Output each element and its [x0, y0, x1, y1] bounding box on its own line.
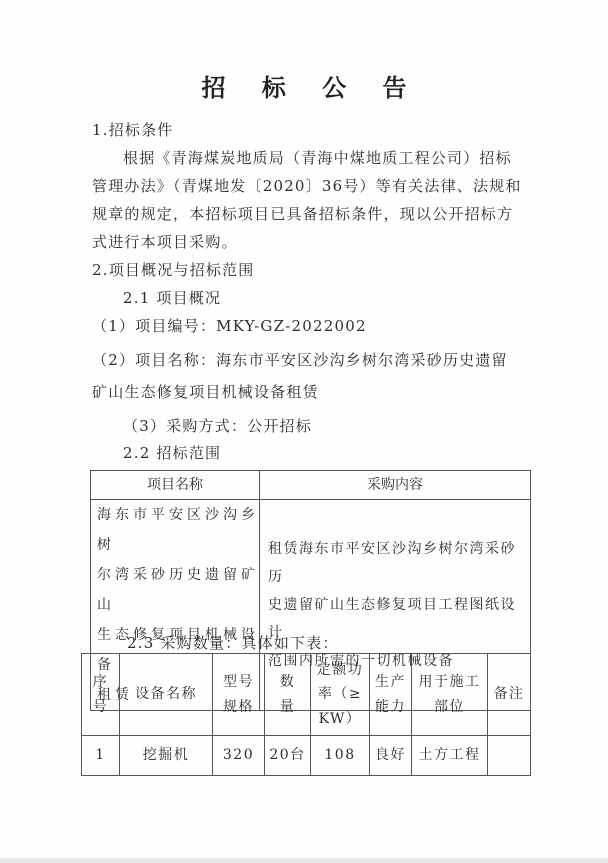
cell-quantity: 20台 [265, 736, 311, 776]
header-equipment-name: 设备名称 [120, 654, 213, 736]
table-header-row: 项目名称 采购内容 [91, 471, 531, 500]
header-line: 规格 [213, 695, 264, 720]
cell-rated-power: 108 [311, 736, 370, 776]
table-header-row: 序 号 设备名称 型号 规格 数 量 定额功 率（≥ KW） 生产 能力 [82, 654, 531, 736]
header-capacity: 生产 能力 [370, 654, 412, 736]
section-1-heading: 1.招标条件 [92, 119, 174, 140]
header-line: 能力 [370, 695, 411, 720]
procurement-method: （3）采购方式：公开招标 [123, 415, 312, 436]
paragraph-line: 根据《青海煤炭地质局（青海中煤地质工程公司）招标 [123, 147, 512, 168]
paragraph-line: 管理办法》（青煤地发〔2020〕36号）等有关法律、法规和 [92, 175, 522, 196]
table-header-cell: 采购内容 [260, 471, 531, 500]
header-line: 设备名称 [120, 682, 212, 707]
header-remarks: 备注 [488, 654, 531, 736]
header-line: 号 [82, 695, 119, 720]
header-line: 型号 [213, 670, 264, 695]
section-2-1-heading: 2.1 项目概况 [123, 287, 221, 308]
section-2-heading: 2.项目概况与招标范围 [92, 259, 255, 280]
cell-remarks [488, 736, 531, 776]
header-line: KW） [311, 707, 369, 732]
header-line: 率（≥ [311, 682, 369, 707]
cell-capacity: 良好 [370, 736, 412, 776]
cell-serial: 1 [82, 736, 120, 776]
quantity-table: 序 号 设备名称 型号 规格 数 量 定额功 率（≥ KW） 生产 能力 [81, 653, 531, 776]
page-bottom-edge [0, 858, 608, 863]
header-serial: 序 号 [82, 654, 120, 736]
section-2-2-heading: 2.2 招标范围 [123, 442, 221, 463]
header-line: 定额功 [311, 658, 369, 683]
cell-line: 尔湾采砂历史遗留矿山 [97, 560, 259, 620]
project-name-line1: （2）项目名称：海东市平安区沙沟乡树尔湾采砂历史遗留 [92, 349, 508, 370]
project-name-line2: 矿山生态修复项目机械设备租赁 [92, 381, 319, 402]
document-title: 招 标 公 告 [0, 68, 608, 103]
cell-model: 320 [213, 736, 265, 776]
header-line: 用于施工 [412, 670, 487, 695]
cell-usage-location: 土方工程 [412, 736, 488, 776]
header-line: 序 [82, 670, 119, 695]
header-quantity: 数 量 [265, 654, 311, 736]
project-number: （1）项目编号：MKY-GZ-2022002 [92, 315, 367, 336]
document-page: 招 标 公 告 1.招标条件 根据《青海煤炭地质局（青海中煤地质工程公司）招标 … [0, 0, 608, 863]
cell-line: 租赁海东市平安区沙沟乡树尔湾采砂历 [268, 535, 530, 591]
paragraph-line: 规章的规定，本招标项目已具备招标条件，现以公开招标方 [92, 203, 513, 224]
header-line: 数 [265, 670, 310, 695]
header-model: 型号 规格 [213, 654, 265, 736]
table-row: 1 挖掘机 320 20台 108 良好 土方工程 [82, 736, 531, 776]
header-rated-power: 定额功 率（≥ KW） [311, 654, 370, 736]
cell-line: 海东市平安区沙沟乡树 [97, 500, 259, 560]
cell-equipment-name: 挖掘机 [120, 736, 213, 776]
header-line: 量 [265, 695, 310, 720]
section-2-3-heading: 2.3 采购数量：具体如下表： [127, 632, 339, 653]
header-line: 备注 [488, 682, 530, 707]
header-line: 部位 [412, 695, 487, 720]
header-line: 生产 [370, 670, 411, 695]
table-header-cell: 项目名称 [91, 471, 260, 500]
paragraph-line: 式进行本项目采购。 [92, 231, 238, 252]
header-usage-location: 用于施工 部位 [412, 654, 488, 736]
